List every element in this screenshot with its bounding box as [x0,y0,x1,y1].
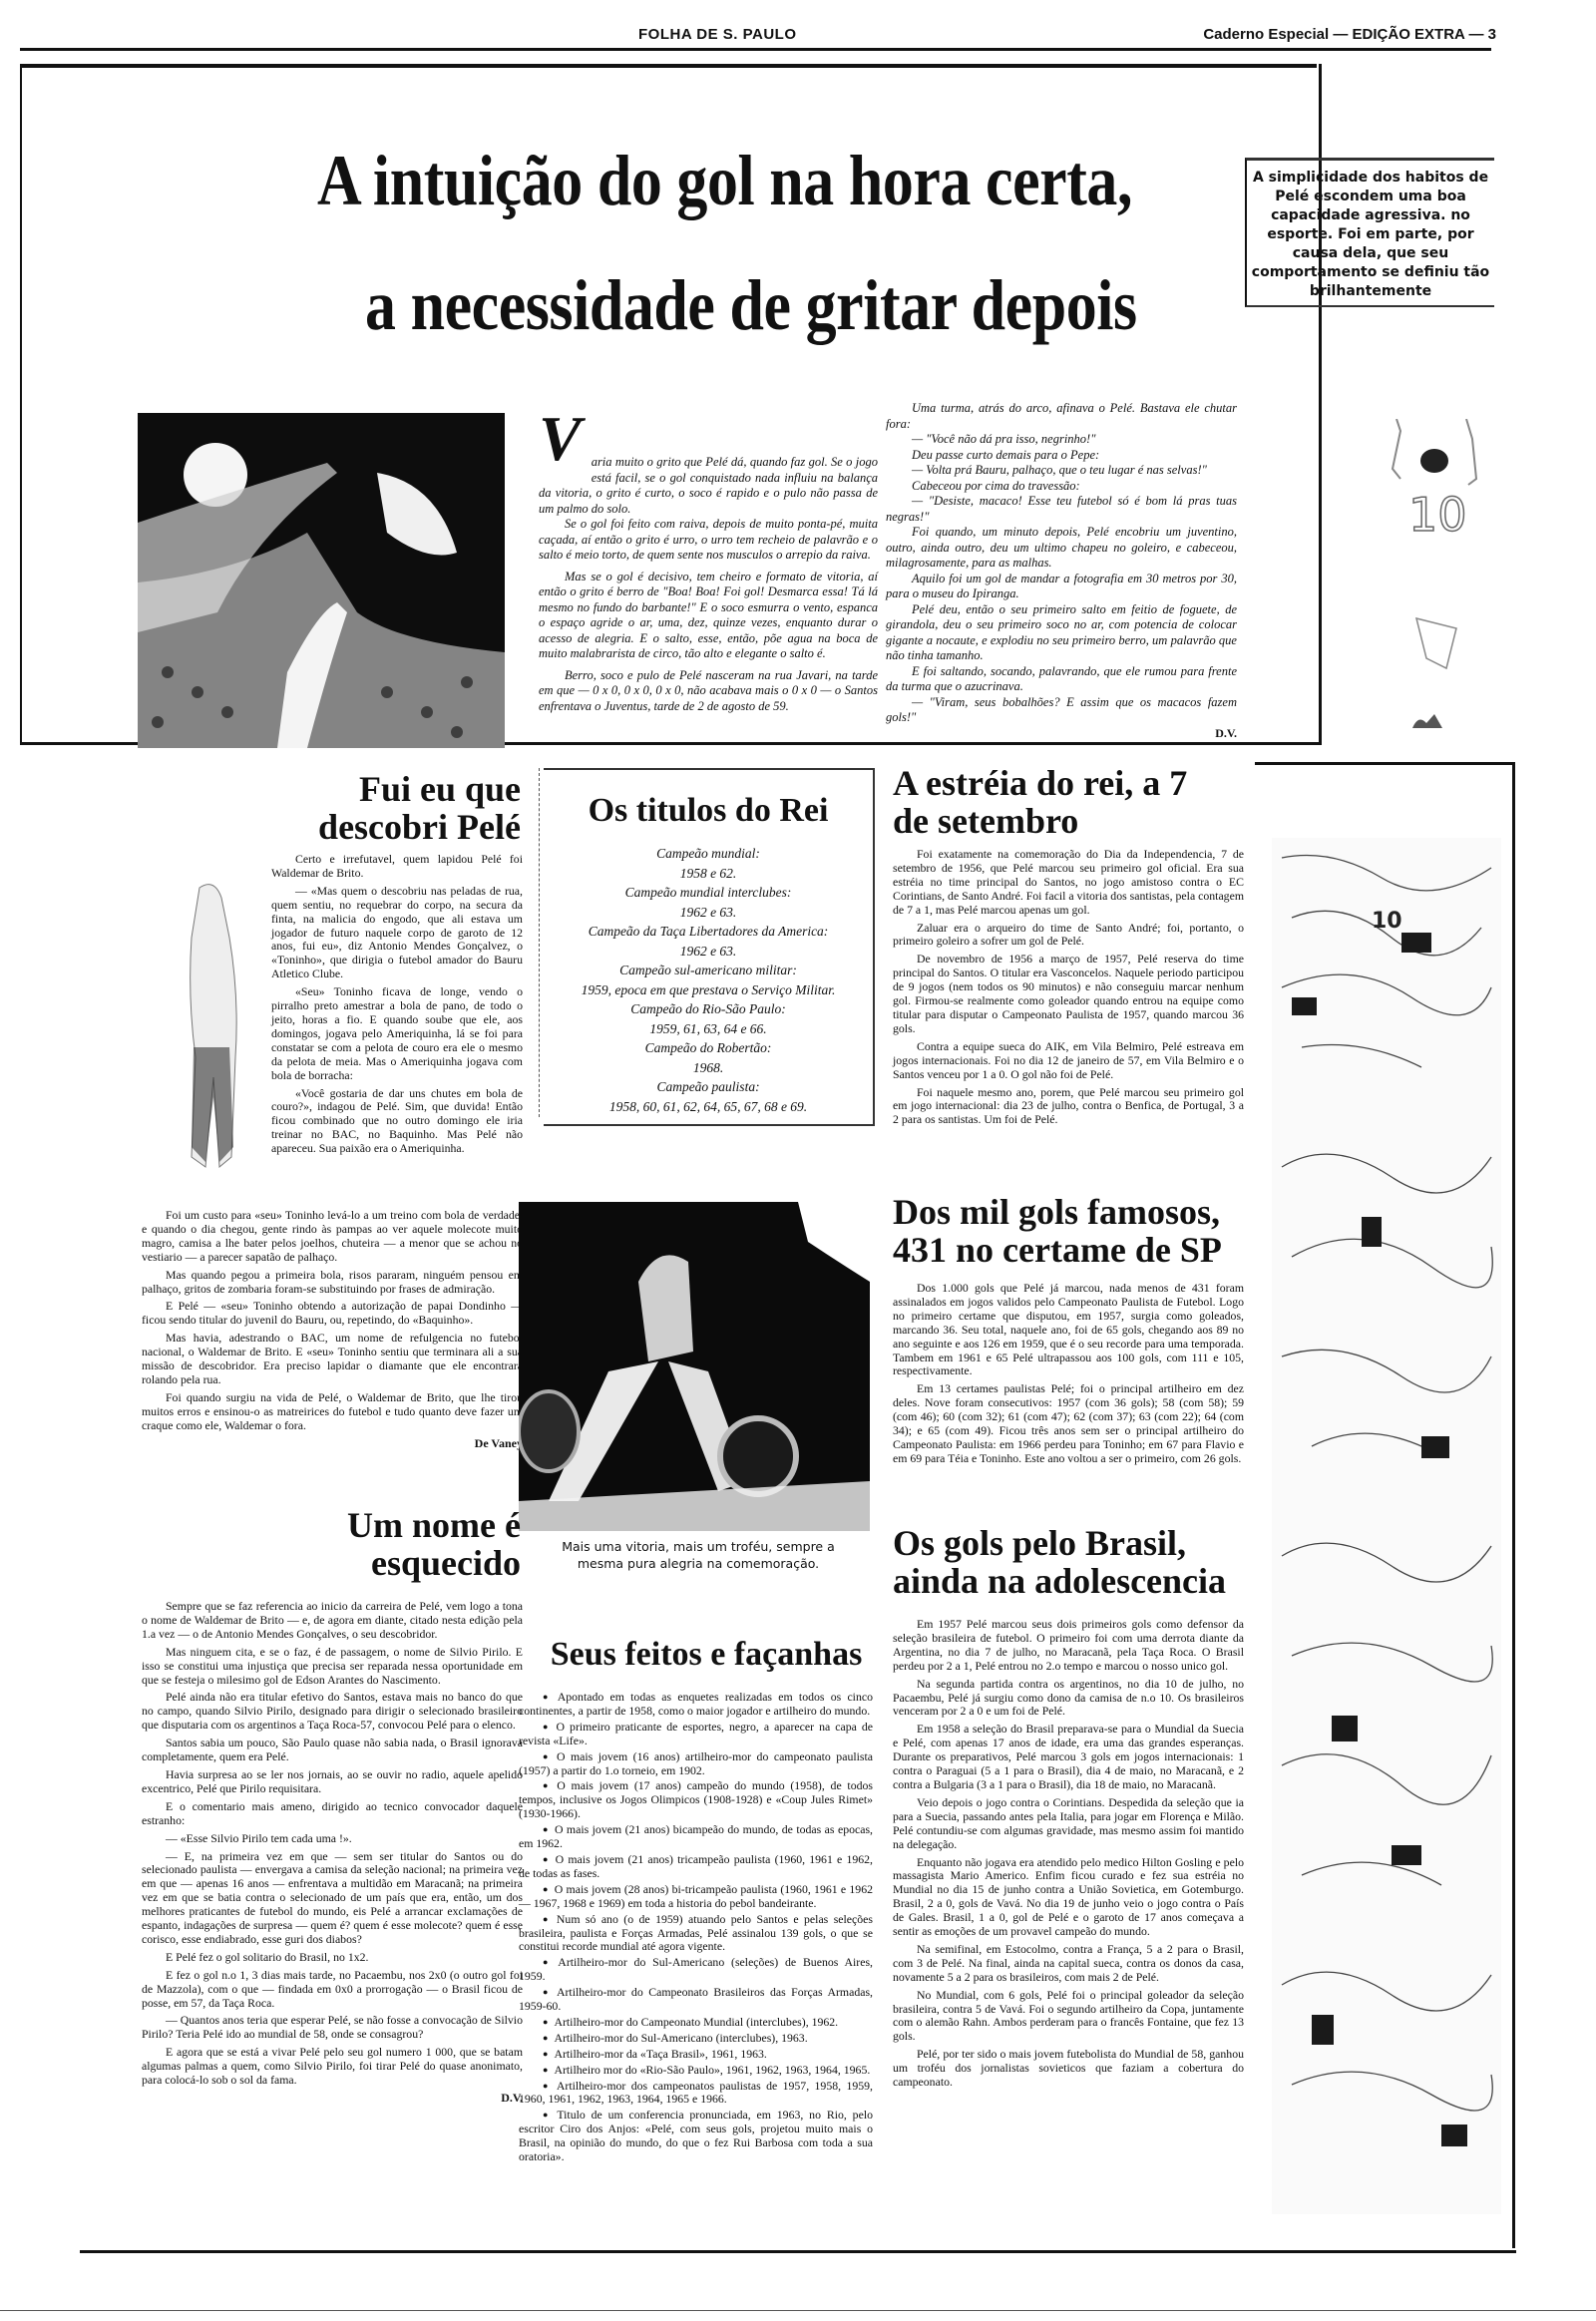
paragraph: Em 1957 Pelé marcou seus dois primeiros … [893,1618,1244,1674]
paragraph: Em 13 certames paulistas Pelé; foi o pri… [893,1382,1244,1465]
trophy-photo-caption: Mais uma vitoria, mais um troféu, sempre… [559,1538,838,1572]
feitos-title: Seus feitos e façanhas [537,1636,876,1674]
feito-item: O primeiro praticante de esportes, negro… [519,1721,873,1748]
pele-celebration-photo [138,413,505,748]
paragraph: Veio depois o jogo contra o Corintians. … [893,1796,1244,1852]
right-box-right-rule [1512,762,1515,2248]
titulo-label: Campeão da Taça Libertadores da America: [544,922,873,942]
right-box-top-rule [1255,762,1514,765]
figure-photo [170,878,259,1177]
estreia-title: A estréia do rei, a 7 de setembro [893,764,1232,840]
gols-brasil-title: Os gols pelo Brasil, ainda na adolescenc… [893,1524,1244,1600]
paragraph: Pelé ainda não era titular efetivo do Sa… [142,1691,523,1733]
paragraph: Na semifinal, em Estocolmo, contra a Fra… [893,1943,1244,1985]
svg-text:10: 10 [1372,909,1402,934]
feito-item: O mais jovem (21 anos) tricampeão paulis… [519,1853,873,1881]
paragraph: — E, na primeira vez em que — sem ser ti… [142,1850,523,1947]
paragraph: De novembro de 1956 a março de 1957, Pel… [893,953,1244,1035]
paragraph: — «Esse Silvio Pirilo tem cada uma !». [142,1832,523,1846]
paragraph: No Mundial, com 6 gols, Pelé foi o princ… [893,1989,1244,2045]
fui-eu-title: Fui eu que descobri Pelé [249,770,521,846]
titulo-label: Campeão mundial: [544,844,873,864]
paragraph: Uma turma, atrás do arco, afinava o Pelé… [886,401,1237,432]
byline: D.V. [886,726,1237,742]
paragraph: Certo e irrefutavel, quem lapidou Pelé f… [271,853,523,881]
nome-esquecido-title: Um nome é esquecido [249,1506,521,1582]
paragraph: Foi um custo para «seu» Toninho levá-lo … [142,1209,523,1265]
fui-eu-col-top: Certo e irrefutavel, quem lapidou Pelé f… [271,853,523,1160]
main-box-top-rule [20,64,1317,68]
titulo-label: Campeão do Rio-São Paulo: [544,999,873,1019]
toninho-photo [170,878,259,1177]
feito-item: Artilheiro-mor do Sul-Americano (seleçõe… [519,1956,873,1984]
paragraph: Pelé deu, então o seu primeiro salto em … [886,602,1237,664]
feito-item: Artilheiro mor do «Rio-São Paulo», 1961,… [519,2064,873,2078]
trophy-photo [519,1202,870,1531]
paragraph: Aquilo foi um gol de mandar a fotografia… [886,572,1237,602]
feito-item: O mais jovem (28 anos) bi-tricampeão pau… [519,1883,873,1911]
feito-item: O mais jovem (17 anos) campeão do mundo … [519,1779,873,1821]
feito-item: Titulo de um conferencia pronunciada, em… [519,2109,873,2164]
feito-item: O mais jovem (16 anos) artilheiro-mor do… [519,1750,873,1778]
paragraph: Mas ninguem cita, e se o faz, é de passa… [142,1646,523,1688]
newspaper-name: FOLHA DE S. PAULO [638,26,797,43]
paragraph: E fez o gol n.o 1, 3 dias mais tarde, no… [142,1969,523,2011]
titulos-list: Campeão mundial: 1958 e 62. Campeão mund… [544,844,873,1116]
paragraph: Berro, soco e pulo de Pelé nasceram na r… [539,668,878,715]
match-photos: 10 [1272,838,1501,2214]
feito-item: Apontado em todas as enquetes realizadas… [519,1691,873,1719]
paragraph: Sempre que se faz referencia ao inicio d… [142,1600,523,1642]
titulos-box: Os titulos do Rei Campeão mundial: 1958 … [544,768,875,1126]
paragraph: Zaluar era o arqueiro do time de Santo A… [893,922,1244,950]
paragraph: Na segunda partida contra os argentinos,… [893,1678,1244,1720]
titulo-label: Campeão mundial interclubes: [544,883,873,903]
paragraph: — "Viram, seus bobalhões? E assim que os… [886,695,1237,726]
titulo-label: Campeão do Robertão: [544,1038,873,1058]
bottom-rule [80,2250,1516,2253]
feito-item: Num só ano (o de 1959) atuando pelo Sant… [519,1913,873,1955]
paragraph: «Seu» Toninho ficava de longe, vendo o p… [271,985,523,1082]
feito-item: Artilheiro-mor do Campeonato Mundial (in… [519,2016,873,2030]
paragraph: E Pelé — «seu» Toninho obtendo a autoriz… [142,1300,523,1328]
main-story-col1: V aria muito o grito que Pelé dá, quando… [539,409,878,714]
headline-deck: A simplicidade dos habitos de Pelé escon… [1245,158,1494,307]
paragraph: Foi quando, um minuto depois, Pelé encob… [886,525,1237,572]
estreia-body: Foi exatamente na comemoração do Dia da … [893,848,1244,1131]
paragraph: Foi naquele mesmo ano, porem, que Pelé m… [893,1086,1244,1128]
paragraph: Se o gol foi feito com raiva, depois de … [539,517,878,564]
masthead: FOLHA DE S. PAULO Caderno Especial — EDI… [0,20,1596,46]
paragraph: E agora que se está a vivar Pelé pelo se… [142,2046,523,2088]
feito-item: Artilheiro-mor da «Taça Brasil», 1961, 1… [519,2048,873,2062]
paragraph: E Pelé fez o gol solitario do Brasil, no… [142,1951,523,1965]
feito-item: Artilheiro-mor do Sul-Americano (intercl… [519,2032,873,2046]
paragraph: — Quantos anos teria que esperar Pelé, s… [142,2014,523,2042]
masthead-rule [20,48,1491,51]
paragraph: — «Mas quem o descobriu nas peladas de r… [271,885,523,981]
titulo-value: 1959, 61, 63, 64 e 66. [544,1019,873,1039]
paragraph: — "Desiste, macaco! Esse teu futebol só … [886,494,1237,525]
feito-item: Artilheiro-mor dos campeonatos paulistas… [519,2080,873,2108]
titulos-left-rule [539,768,542,1117]
paragraph: Enquanto não jogava era atendido pelo me… [893,1856,1244,1939]
titulo-label: Campeão paulista: [544,1077,873,1097]
titulos-title: Os titulos do Rei [544,792,873,830]
paragraph: Em 1958 a seleção do Brasil preparava-se… [893,1723,1244,1792]
paragraph: Mas se o gol é decisivo, tem cheiro e fo… [539,570,878,662]
main-box-left-rule [20,64,22,742]
feito-item: O mais jovem (21 anos) bicampeão do mund… [519,1823,873,1851]
paragraph: Havia surpresa ao se ler nos jornais, ao… [142,1768,523,1796]
titulo-value: 1959, epoca em que prestava o Serviço Mi… [544,980,873,1000]
feitos-list: Apontado em todas as enquetes realizadas… [519,1691,873,2166]
titulo-value: 1958 e 62. [544,864,873,884]
paragraph: — Volta prá Bauru, palhaço, que o teu lu… [886,463,1237,479]
titulo-value: 1958, 60, 61, 62, 64, 65, 67, 68 e 69. [544,1097,873,1117]
mil-gols-title: Dos mil gols famosos, 431 no certame de … [893,1193,1244,1269]
titulo-value: 1962 e 63. [544,942,873,962]
titulo-label: Campeão sul-americano militar: [544,961,873,980]
photo-image [519,1202,870,1531]
paragraph: Foi quando surgiu na vida de Pelé, o Wal… [142,1391,523,1433]
headline-line2: a necessidade de gritar depois [365,269,1137,341]
titulo-value: 1968. [544,1058,873,1078]
fui-eu-col-bottom: Foi um custo para «seu» Toninho levá-lo … [142,1209,523,1451]
paragraph: Foi exatamente na comemoração do Dia da … [893,848,1244,918]
section-label: Caderno Especial — EDIÇÃO EXTRA — 3 [1203,26,1496,43]
gols-brasil-body: Em 1957 Pelé marcou seus dois primeiros … [893,1618,1244,2094]
paragraph: Deu passe curto demais para o Pepe: [886,448,1237,464]
jersey-graphic: 10 [1357,419,1496,738]
dropcap: V [539,407,582,471]
paragraph: Contra a equipe sueca do AIK, em Vila Be… [893,1040,1244,1082]
paragraph: aria muito o grito que Pelé dá, quando f… [539,409,878,517]
byline: De Vaney [142,1437,523,1451]
headline-line1: A intuição do gol na hora certa, [317,145,1132,216]
main-story-col2: Uma turma, atrás do arco, afinava o Pelé… [886,401,1237,741]
match-photos-strip: 10 [1272,838,1501,2214]
page-edge [0,2310,1596,2311]
paragraph: Santos sabia um pouco, São Paulo quase n… [142,1737,523,1764]
paragraph: E o comentario mais ameno, dirigido ao t… [142,1800,523,1828]
byline: D.V. [142,2092,523,2106]
paragraph: Mas havia, adestrando o BAC, um nome de … [142,1332,523,1387]
paragraph: Dos 1.000 gols que Pelé já marcou, nada … [893,1282,1244,1378]
svg-text:10: 10 [1408,488,1467,542]
paragraph: E foi saltando, socando, palavrando, que… [886,664,1237,695]
mil-gols-body: Dos 1.000 gols que Pelé já marcou, nada … [893,1282,1244,1470]
paragraph: Mas quando pegou a primeira bola, risos … [142,1269,523,1297]
nome-esquecido-body: Sempre que se faz referencia ao inicio d… [142,1600,523,2106]
photo-image [138,413,505,748]
titulo-value: 1962 e 63. [544,903,873,923]
feito-item: Artilheiro-mor do Campeonato Brasileiros… [519,1986,873,2014]
paragraph: — "Você não dá pra isso, negrinho!" [886,432,1237,448]
paragraph: Pelé, por ter sido o mais jovem futeboli… [893,2048,1244,2090]
paragraph: Cabeceou por cima do travessão: [886,479,1237,495]
paragraph: «Você gostaria de dar uns chutes em bola… [271,1087,523,1157]
jersey-icon: 10 [1357,419,1496,738]
